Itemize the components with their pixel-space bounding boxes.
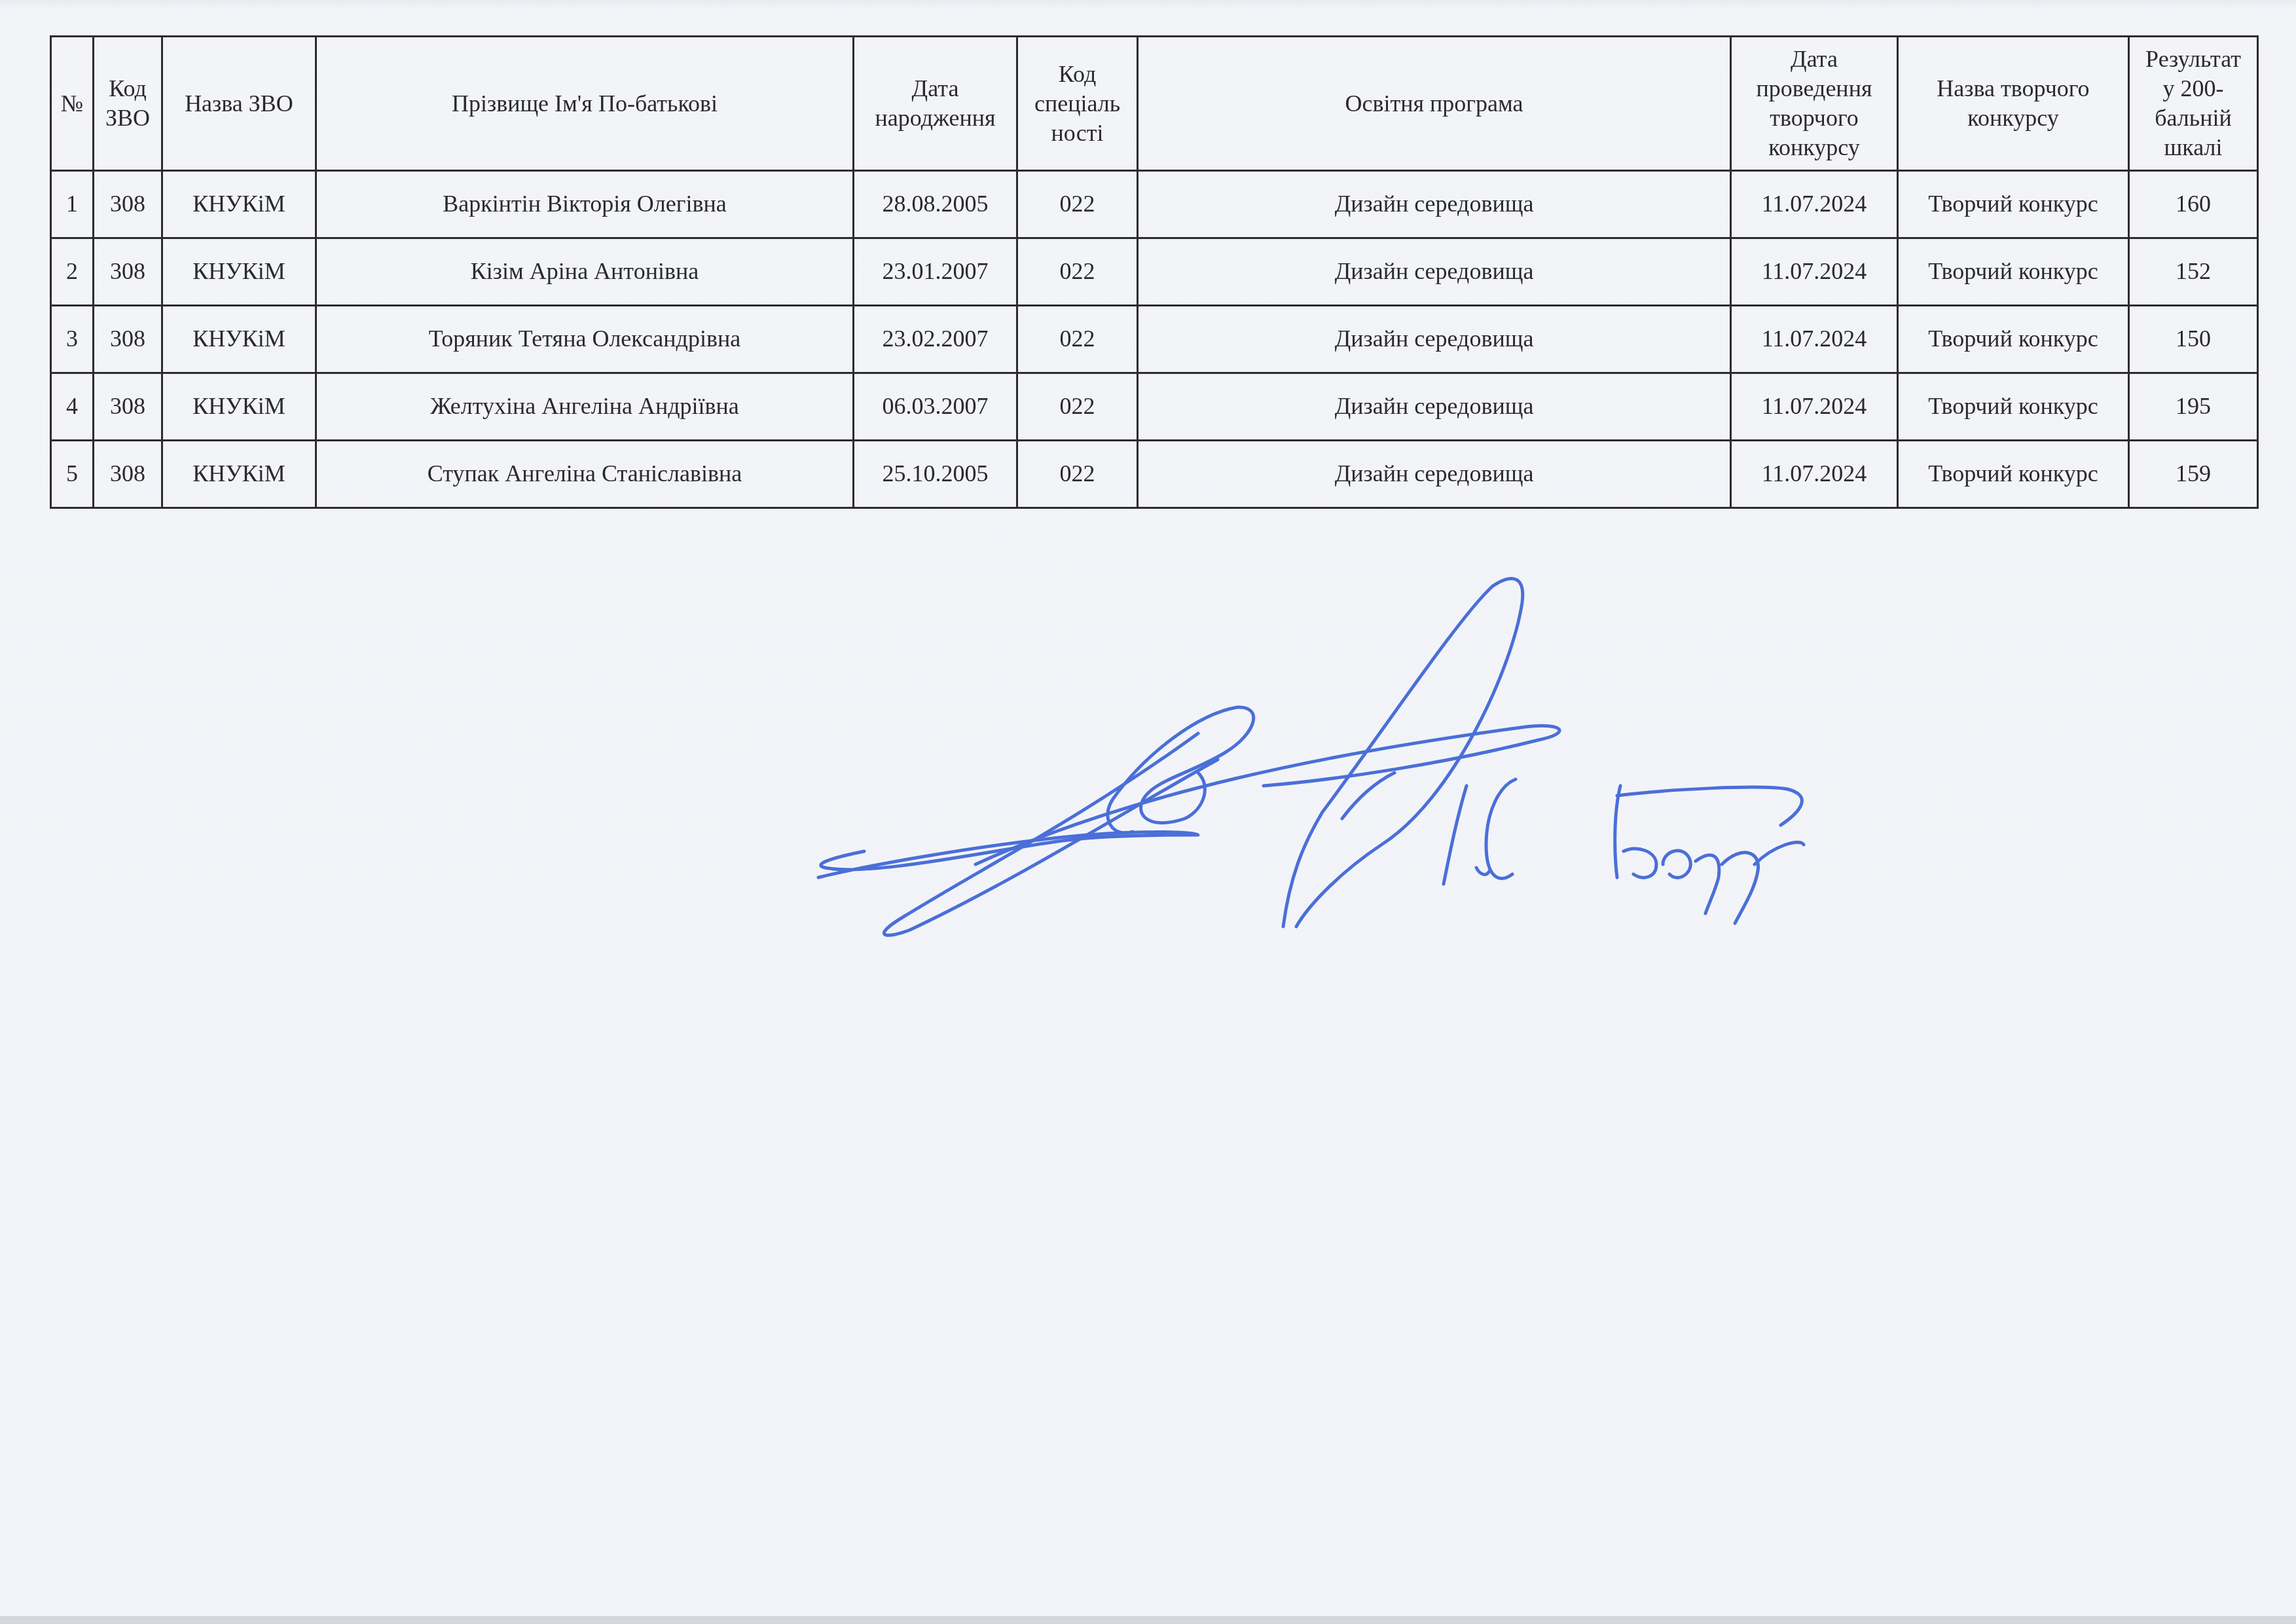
handwritten-signature: [805, 537, 1997, 943]
cell-col-birth-date: 23.02.2007: [854, 306, 1017, 373]
cell-col-specialty-code: 022: [1017, 238, 1138, 306]
header-text: Результат: [2145, 46, 2241, 72]
cell-col-contest-date: 11.07.2024: [1731, 441, 1898, 508]
header-text: Назва творчого: [1937, 75, 2089, 101]
cell-col-birth-date: 25.10.2005: [854, 441, 1017, 508]
header-text: №: [61, 90, 83, 117]
cell-col-birth-date: 06.03.2007: [854, 373, 1017, 441]
cell-col-contest-date: 11.07.2024: [1731, 238, 1898, 306]
cell-col-specialty-code: 022: [1017, 171, 1138, 238]
table-row: 3308КНУКіМТоряник Тетяна Олександрівна23…: [51, 306, 2258, 373]
cell-col-institution-code: 308: [94, 306, 162, 373]
header-text: Освітня програма: [1345, 90, 1523, 117]
table-row: 4308КНУКіМЖелтухіна Ангеліна Андріївна06…: [51, 373, 2258, 441]
cell-col-institution-code: 308: [94, 441, 162, 508]
cell-col-number: 1: [51, 171, 94, 238]
cell-col-contest-name: Творчий конкурс: [1898, 441, 2129, 508]
header-col-contest-date: Датапроведеннятворчогоконкурсу: [1731, 37, 1898, 171]
cell-col-contest-date: 11.07.2024: [1731, 171, 1898, 238]
cell-col-contest-name: Творчий конкурс: [1898, 171, 2129, 238]
cell-col-institution-name: КНУКіМ: [162, 373, 316, 441]
header-text: конкурсу: [1967, 105, 2058, 131]
cell-col-education-program: Дизайн середовища: [1138, 306, 1731, 373]
cell-col-score: 150: [2129, 306, 2258, 373]
table-row: 2308КНУКіМКізім Аріна Антонівна23.01.200…: [51, 238, 2258, 306]
header-text: Код: [1059, 61, 1097, 87]
cell-col-institution-name: КНУКіМ: [162, 306, 316, 373]
cell-col-full-name: Торяник Тетяна Олександрівна: [316, 306, 854, 373]
header-text: народження: [875, 105, 996, 131]
cell-col-number: 2: [51, 238, 94, 306]
cell-col-number: 5: [51, 441, 94, 508]
cell-col-education-program: Дизайн середовища: [1138, 441, 1731, 508]
cell-col-full-name: Варкінтін Вікторія Олегівна: [316, 171, 854, 238]
header-col-birth-date: Датанародження: [854, 37, 1017, 171]
header-col-education-program: Освітня програма: [1138, 37, 1731, 171]
header-text: Дата: [912, 75, 959, 101]
results-table: №КодЗВОНазва ЗВОПрізвище Ім'я По-батьков…: [50, 35, 2259, 509]
header-text: у 200-: [2163, 75, 2224, 101]
cell-col-specialty-code: 022: [1017, 441, 1138, 508]
cell-col-number: 3: [51, 306, 94, 373]
cell-col-education-program: Дизайн середовища: [1138, 238, 1731, 306]
cell-col-birth-date: 28.08.2005: [854, 171, 1017, 238]
cell-col-education-program: Дизайн середовища: [1138, 373, 1731, 441]
header-text: бальній: [2155, 105, 2232, 131]
table-header-row: №КодЗВОНазва ЗВОПрізвище Ім'я По-батьков…: [51, 37, 2258, 171]
header-col-specialty-code: Кодспеціальності: [1017, 37, 1138, 171]
header-col-institution-name: Назва ЗВО: [162, 37, 316, 171]
cell-col-specialty-code: 022: [1017, 373, 1138, 441]
cell-col-full-name: Кізім Аріна Антонівна: [316, 238, 854, 306]
table-body: 1308КНУКіМВаркінтін Вікторія Олегівна28.…: [51, 171, 2258, 508]
cell-col-institution-code: 308: [94, 373, 162, 441]
header-text: Назва ЗВО: [185, 90, 293, 117]
header-text: ності: [1051, 120, 1104, 146]
cell-col-specialty-code: 022: [1017, 306, 1138, 373]
cell-col-score: 195: [2129, 373, 2258, 441]
header-col-score: Результату 200-бальнійшкалі: [2129, 37, 2258, 171]
cell-col-contest-name: Творчий конкурс: [1898, 238, 2129, 306]
table-row: 5308КНУКіМСтупак Ангеліна Станіславівна2…: [51, 441, 2258, 508]
cell-col-institution-code: 308: [94, 238, 162, 306]
cell-col-institution-name: КНУКіМ: [162, 238, 316, 306]
sheet-bottom-edge: [0, 1616, 2296, 1624]
cell-col-score: 159: [2129, 441, 2258, 508]
header-text: ЗВО: [105, 105, 150, 131]
cell-col-institution-code: 308: [94, 171, 162, 238]
header-text: творчого: [1770, 105, 1859, 131]
header-text: Дата: [1791, 46, 1838, 72]
cell-col-score: 152: [2129, 238, 2258, 306]
cell-col-score: 160: [2129, 171, 2258, 238]
cell-col-birth-date: 23.01.2007: [854, 238, 1017, 306]
header-text: Прізвище Ім'я По-батькові: [452, 90, 718, 117]
cell-col-education-program: Дизайн середовища: [1138, 171, 1731, 238]
header-text: шкалі: [2164, 134, 2223, 160]
cell-col-contest-date: 11.07.2024: [1731, 306, 1898, 373]
cell-col-number: 4: [51, 373, 94, 441]
cell-col-contest-date: 11.07.2024: [1731, 373, 1898, 441]
cell-col-institution-name: КНУКіМ: [162, 171, 316, 238]
cell-col-institution-name: КНУКіМ: [162, 441, 316, 508]
header-col-full-name: Прізвище Ім'я По-батькові: [316, 37, 854, 171]
cell-col-full-name: Желтухіна Ангеліна Андріївна: [316, 373, 854, 441]
header-col-number: №: [51, 37, 94, 171]
header-col-contest-name: Назва творчогоконкурсу: [1898, 37, 2129, 171]
header-col-institution-code: КодЗВО: [94, 37, 162, 171]
cell-col-contest-name: Творчий конкурс: [1898, 373, 2129, 441]
table-row: 1308КНУКіМВаркінтін Вікторія Олегівна28.…: [51, 171, 2258, 238]
header-text: конкурсу: [1768, 134, 1859, 160]
cell-col-full-name: Ступак Ангеліна Станіславівна: [316, 441, 854, 508]
header-text: Код: [109, 75, 147, 101]
cell-col-contest-name: Творчий конкурс: [1898, 306, 2129, 373]
header-text: проведення: [1757, 75, 1872, 101]
header-text: спеціаль: [1034, 90, 1120, 117]
